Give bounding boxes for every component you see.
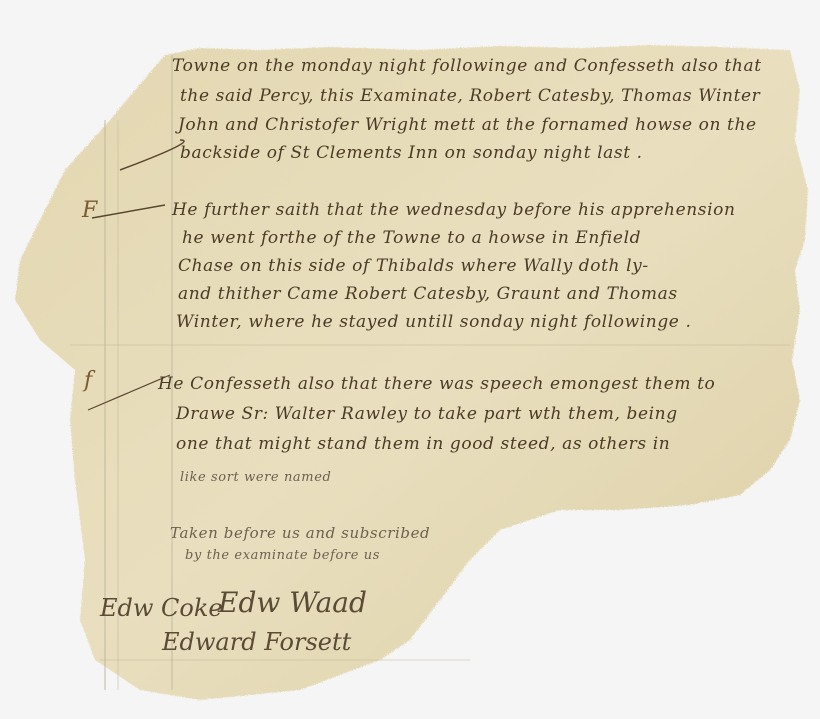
- text-line: He further saith that the wednesday befo…: [172, 200, 736, 220]
- text-line: John and Christofer Wright mett at the f…: [178, 115, 757, 135]
- manuscript-canvas: Towne on the monday night followinge and…: [0, 0, 820, 719]
- text-line: and thither Came Robert Catesby, Graunt …: [178, 284, 678, 304]
- text-line: backside of St Clements Inn on sonday ni…: [180, 143, 643, 163]
- text-line: Towne on the monday night followinge and…: [172, 56, 762, 76]
- signature-forsett: Edward Forsett: [162, 628, 351, 656]
- text-line: Winter, where he stayed untill sonday ni…: [176, 312, 691, 332]
- text-line: Drawe Sr: Walter Rawley to take part wth…: [176, 404, 678, 424]
- signature-waad: Edw Waad: [218, 586, 367, 619]
- text-line: one that might stand them in good steed,…: [176, 434, 670, 454]
- attestation-line: Taken before us and subscribed: [170, 524, 430, 542]
- text-line: the said Percy, this Examinate, Robert C…: [180, 86, 760, 106]
- text-line: like sort were named: [180, 470, 331, 485]
- text-line: Chase on this side of Thibalds where Wal…: [178, 256, 649, 276]
- margin-mark: f: [84, 368, 92, 393]
- margin-mark: F: [82, 198, 97, 223]
- text-line: He Confesseth also that there was speech…: [158, 374, 715, 394]
- text-line: he went forthe of the Towne to a howse i…: [182, 228, 641, 248]
- signature-coke: Edw Coke: [100, 594, 223, 622]
- attestation-line: by the examinate before us: [185, 548, 380, 563]
